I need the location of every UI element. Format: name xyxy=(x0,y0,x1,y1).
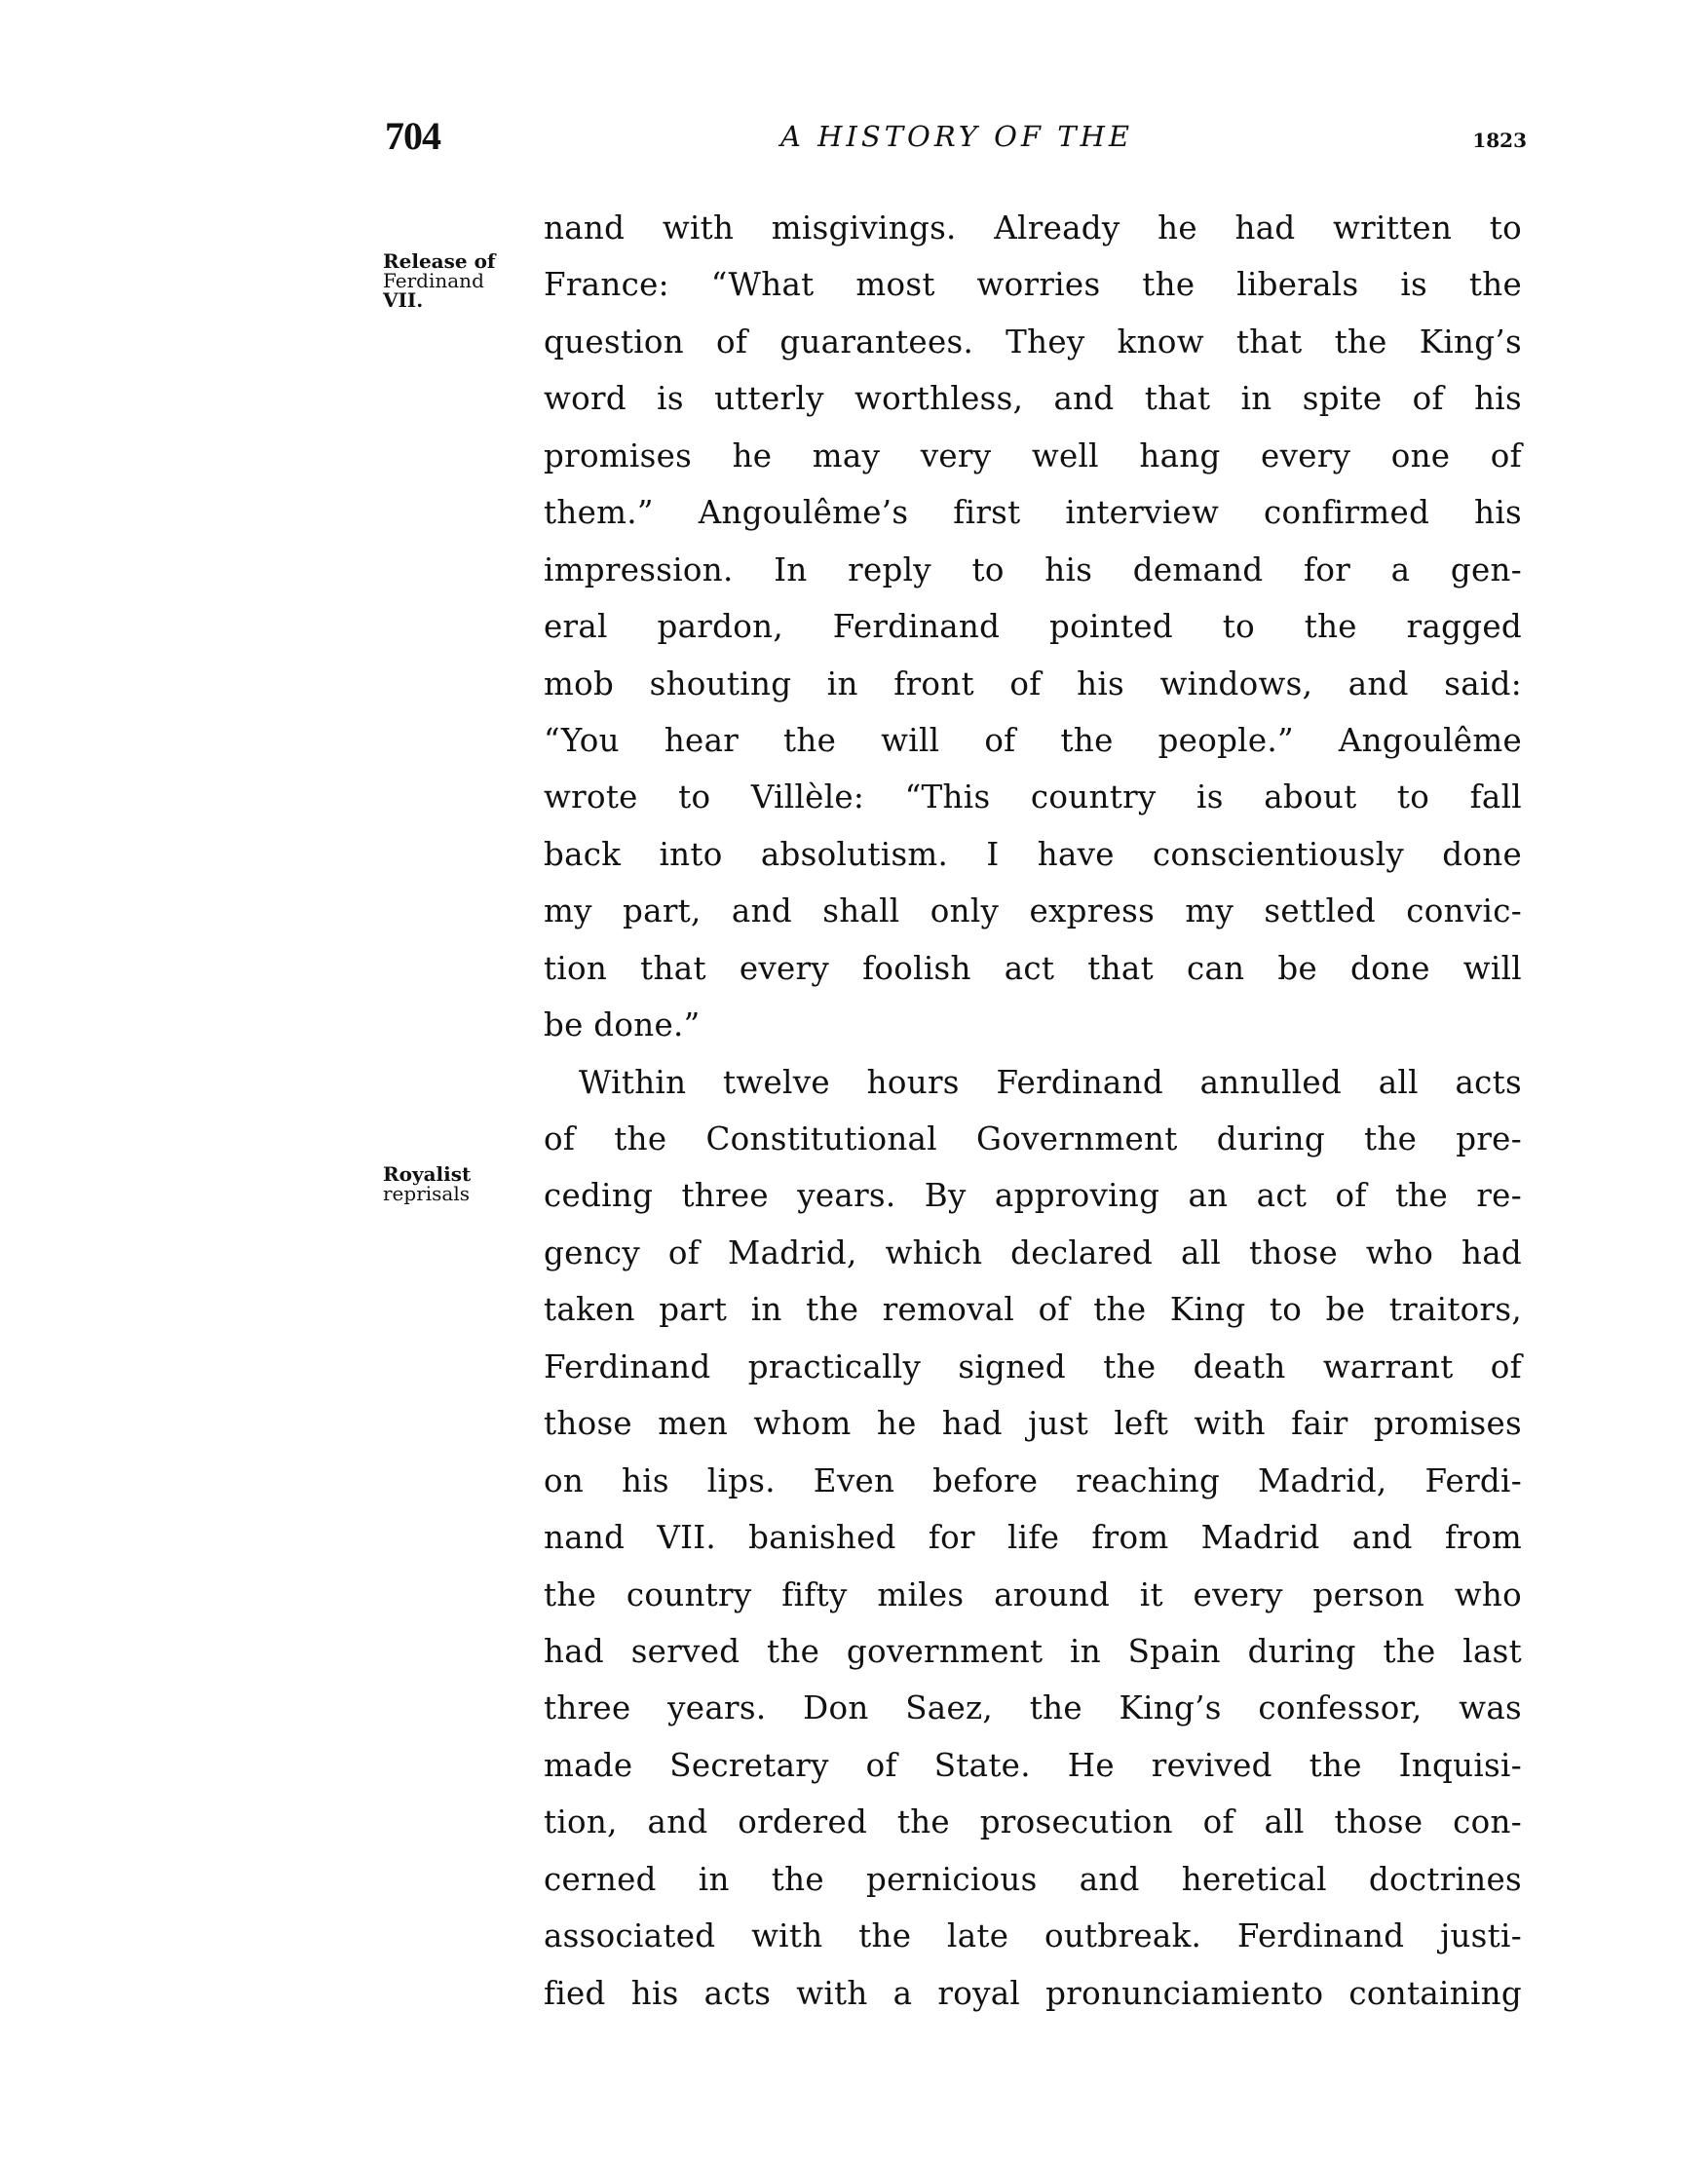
text-line: France: “What most worries the liberals … xyxy=(544,256,1522,313)
text-line: three years. Don Saez, the King’s confes… xyxy=(544,1680,1522,1736)
text-line: gency of Madrid, which declared all thos… xyxy=(544,1225,1522,1281)
text-line: back into absolutism. I have conscientio… xyxy=(544,826,1522,883)
text-line: nand VII. banished for life from Madrid … xyxy=(544,1509,1522,1566)
text-line: eral pardon, Ferdinand pointed to the ra… xyxy=(544,598,1522,655)
text-line: word is utterly worthless, and that in s… xyxy=(544,370,1522,427)
text-line: be done.” xyxy=(544,997,1522,1053)
text-line: taken part in the removal of the King to… xyxy=(544,1281,1522,1338)
margin-note-royalist-reprisals: Royalist reprisals xyxy=(383,1164,529,1203)
text-line: tion that every foolish act that can be … xyxy=(544,940,1522,997)
text-line: Ferdinand practically signed the death w… xyxy=(544,1339,1522,1395)
book-page: 704 A HISTORY OF THE 1823 Release of Fer… xyxy=(0,0,1708,2162)
running-title: A HISTORY OF THE xyxy=(733,115,1181,158)
text-line: cerned in the pernicious and heretical d… xyxy=(544,1851,1522,1908)
margin-note-line: Release of xyxy=(383,251,529,271)
text-line: had served the government in Spain durin… xyxy=(544,1623,1522,1680)
text-line: made Secretary of State. He revived the … xyxy=(544,1737,1522,1794)
text-line: on his lips. Even before reaching Madrid… xyxy=(544,1453,1522,1509)
text-line: my part, and shall only express my settl… xyxy=(544,883,1522,939)
text-line: promises he may very well hang every one… xyxy=(544,428,1522,484)
running-year: 1823 xyxy=(1466,119,1527,162)
text-line: “You hear the will of the people.” Angou… xyxy=(544,712,1522,769)
margin-note-line: Ferdinand xyxy=(383,271,529,290)
text-line: wrote to Villèle: “This country is about… xyxy=(544,769,1522,825)
text-line: fied his acts with a royal pronunciamien… xyxy=(544,1965,1522,2022)
text-line: ceding three years. By approving an act … xyxy=(544,1167,1522,1224)
text-line: the country fifty miles around it every … xyxy=(544,1567,1522,1623)
text-line: Within twelve hours Ferdinand annulled a… xyxy=(544,1054,1522,1111)
margin-note-line: VII. xyxy=(383,290,529,310)
margin-note-line: Royalist xyxy=(383,1164,529,1184)
margin-note-release-of-ferdinand: Release of Ferdinand VII. xyxy=(383,251,529,310)
body-text: nand with misgivings. Already he had wri… xyxy=(544,200,1522,2022)
margin-note-line: reprisals xyxy=(383,1184,529,1203)
text-line: those men whom he had just left with fai… xyxy=(544,1395,1522,1452)
text-line: mob shouting in front of his windows, an… xyxy=(544,656,1522,712)
text-line: tion, and ordered the prosecution of all… xyxy=(544,1794,1522,1850)
text-line: associated with the late outbreak. Ferdi… xyxy=(544,1908,1522,1964)
text-line: nand with misgivings. Already he had wri… xyxy=(544,200,1522,256)
text-line: of the Constitutional Government during … xyxy=(544,1111,1522,1167)
text-line: them.” Angoulême’s first interview confi… xyxy=(544,484,1522,541)
page-number: 704 xyxy=(385,115,440,158)
text-line: impression. In reply to his demand for a… xyxy=(544,542,1522,598)
text-line: question of guarantees. They know that t… xyxy=(544,314,1522,370)
